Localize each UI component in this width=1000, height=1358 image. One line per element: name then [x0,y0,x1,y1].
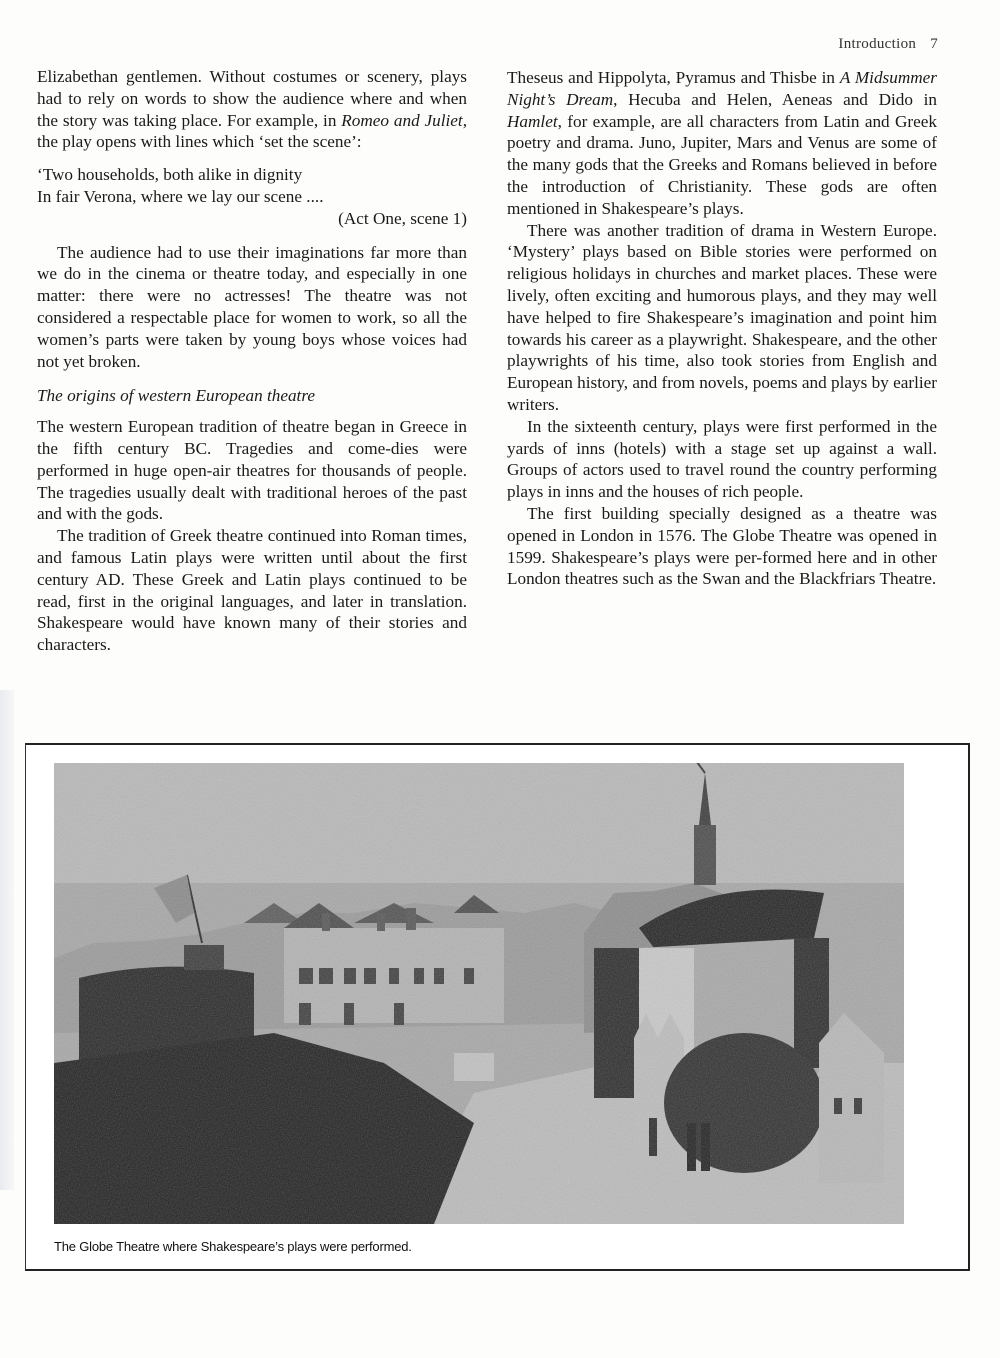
running-head: Introduction7 [838,36,938,53]
paragraph: Theseus and Hippolyta, Pyramus and Thisb… [507,67,937,220]
right-column: Theseus and Hippolyta, Pyramus and Thisb… [507,67,937,590]
paragraph: The audience had to use their imaginatio… [37,242,467,373]
figure-caption: The Globe Theatre where Shakespeare’s pl… [54,1239,412,1254]
section-subheading: The origins of western European theatre [37,385,467,407]
play-title: Romeo and Juliet [341,111,462,130]
paragraph: The tradition of Greek theatre continued… [37,525,467,656]
quote-line: ‘Two households, both alike in dignity [37,164,467,186]
paragraph: The western European tradition of theatr… [37,416,467,525]
section-title: Introduction [838,36,916,52]
paragraph: The first building specially designed as… [507,503,937,590]
paragraph: In the sixteenth century, plays were fir… [507,416,937,503]
page-number: 7 [930,36,938,52]
engraving-illustration [54,763,904,1224]
scan-edge-shadow [0,690,14,1190]
quote-line: In fair Verona, where we lay our scene .… [37,186,467,208]
paragraph: There was another tradition of drama in … [507,220,937,416]
left-column: Elizabethan gentlemen. Without costumes … [37,66,467,656]
text-run: Theseus and Hippolyta, Pyramus and Thisb… [507,68,840,87]
quote-reference: (Act One, scene 1) [37,208,467,230]
block-quote: ‘Two households, both alike in dignity I… [37,164,467,229]
figure-frame: The Globe Theatre where Shakespeare’s pl… [25,743,970,1271]
globe-theatre-engraving [54,763,904,1224]
text-run: , for example, are all characters from L… [507,112,937,218]
text-run: , Hecuba and Helen, Aeneas and Dido in [613,90,937,109]
paragraph: Elizabethan gentlemen. Without costumes … [37,66,467,153]
play-title: Hamlet [507,112,558,131]
